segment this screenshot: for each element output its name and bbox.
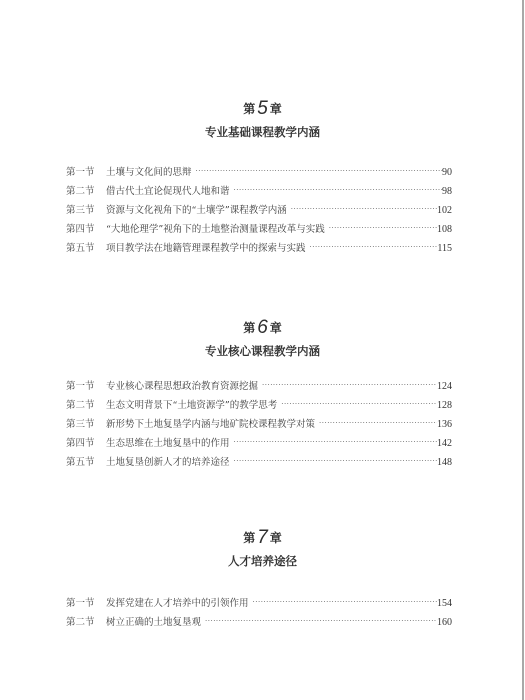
dot-leader [310,238,438,257]
section-label: 第一节 [66,377,106,396]
toc-entry[interactable]: 第二节 生态文明背景下“土地资源学”的教学思考 128 [66,396,452,415]
section-title: 专业核心课程思想政治教育资源挖掘 [106,377,262,396]
section-label: 第五节 [66,239,106,258]
chapter-5-header: 第5章 专业基础课程教学内涵 [0,97,525,142]
page-number: 142 [437,434,452,453]
chapter-7-header: 第7章 人才培养途径 [0,526,525,571]
chapter-6-toc-list: 第一节 专业核心课程思想政治教育资源挖掘 124 第二节 生态文明背景下“土地资… [66,377,452,472]
section-title: 借古代土宜论促现代人地和谐 [106,182,234,201]
toc-entry[interactable]: 第一节 专业核心课程思想政治教育资源挖掘 124 [66,377,452,396]
section-label: 第三节 [66,201,106,220]
dot-leader [329,219,437,238]
section-label: 第二节 [66,613,106,632]
page-number: 124 [437,377,452,396]
page-number: 148 [437,453,452,472]
section-label: 第二节 [66,182,106,201]
section-label: 第四节 [66,434,106,453]
dot-leader [234,452,437,471]
dot-leader [196,162,442,181]
chapter-title: 专业核心课程教学内涵 [0,341,525,361]
section-title: 土地复垦创新人才的培养途径 [106,453,234,472]
section-label: 第四节 [66,220,106,239]
chapter-6-header: 第6章 专业核心课程教学内涵 [0,316,525,361]
section-title: 生态思维在土地复垦中的作用 [106,434,234,453]
chapter-title: 专业基础课程教学内涵 [0,122,525,142]
dot-leader [205,612,437,631]
section-label: 第一节 [66,594,106,613]
chapter-7-toc-list: 第一节 发挥党建在人才培养中的引领作用 154 第二节 树立正确的土地复垦观 1… [66,594,452,632]
dot-leader [319,414,437,433]
page-number: 115 [437,239,452,258]
chapter-number: 5 [257,98,268,119]
toc-entry[interactable]: 第四节 “大地伦理学”视角下的土地整治测量课程改革与实践 108 [66,220,452,239]
chapter-prefix: 第 [243,531,255,545]
section-title: 新形势下土地复垦学内涵与地矿院校课程教学对策 [106,415,319,434]
section-label: 第五节 [66,453,106,472]
section-label: 第三节 [66,415,106,434]
section-title: 资源与文化视角下的“土壤学”课程教学内涵 [106,201,291,220]
page-number: 128 [437,396,452,415]
chapter-prefix: 第 [243,321,255,335]
chapter-heading: 第7章 [0,526,525,548]
chapter-heading: 第5章 [0,97,525,119]
chapter-suffix: 章 [270,102,282,116]
toc-entry[interactable]: 第三节 资源与文化视角下的“土壤学”课程教学内涵 102 [66,201,452,220]
page-number: 154 [437,594,452,613]
toc-entry[interactable]: 第五节 项目教学法在地籍管理课程教学中的探索与实践 115 [66,239,452,258]
section-title: 树立正确的土地复垦观 [106,613,205,632]
dot-leader [262,376,437,395]
section-title: “大地伦理学”视角下的土地整治测量课程改革与实践 [106,220,329,239]
dot-leader [253,593,437,612]
chapter-5-toc-list: 第一节 土壤与文化间的思辩 90 第二节 借古代土宜论促现代人地和谐 98 第三… [66,163,452,258]
page-number: 102 [437,201,452,220]
dot-leader [234,181,442,200]
toc-entry[interactable]: 第二节 树立正确的土地复垦观 160 [66,613,452,632]
toc-entry[interactable]: 第四节 生态思维在土地复垦中的作用 142 [66,434,452,453]
toc-entry[interactable]: 第一节 发挥党建在人才培养中的引领作用 154 [66,594,452,613]
dot-leader [234,433,437,452]
section-title: 土壤与文化间的思辩 [106,163,196,182]
section-title: 生态文明背景下“土地资源学”的教学思考 [106,396,281,415]
dot-leader [281,395,437,414]
chapter-suffix: 章 [270,321,282,335]
toc-entry[interactable]: 第三节 新形势下土地复垦学内涵与地矿院校课程教学对策 136 [66,415,452,434]
toc-entry[interactable]: 第一节 土壤与文化间的思辩 90 [66,163,452,182]
page-number: 136 [437,415,452,434]
dot-leader [291,200,437,219]
chapter-number: 6 [257,317,268,338]
chapter-prefix: 第 [243,102,255,116]
page-number: 160 [437,613,452,632]
section-title: 发挥党建在人才培养中的引领作用 [106,594,253,613]
chapter-heading: 第6章 [0,316,525,338]
section-title: 项目教学法在地籍管理课程教学中的探索与实践 [106,239,310,258]
section-label: 第二节 [66,396,106,415]
chapter-suffix: 章 [270,531,282,545]
page-number: 108 [437,220,452,239]
section-label: 第一节 [66,163,106,182]
chapter-title: 人才培养途径 [0,551,525,571]
page-number: 98 [442,182,452,201]
chapter-number: 7 [257,527,268,548]
page-number: 90 [442,163,452,182]
toc-entry[interactable]: 第五节 土地复垦创新人才的培养途径 148 [66,453,452,472]
toc-entry[interactable]: 第二节 借古代土宜论促现代人地和谐 98 [66,182,452,201]
